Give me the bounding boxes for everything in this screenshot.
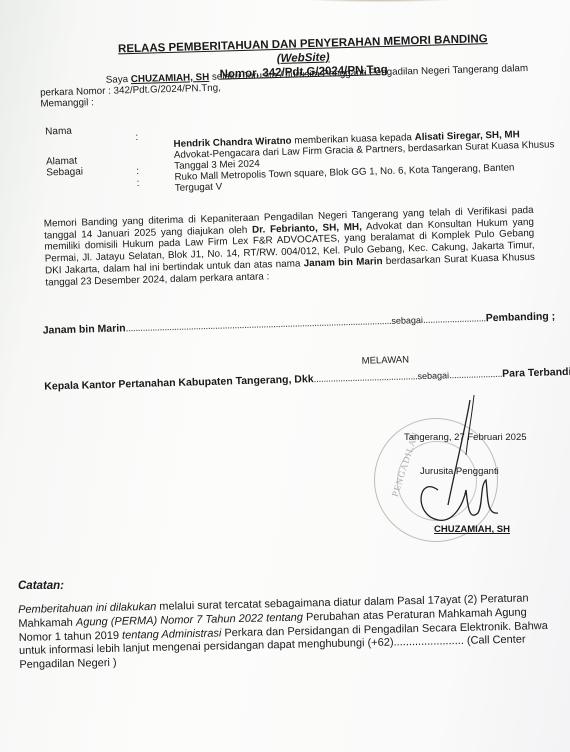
- note-title: Catatan:: [18, 580, 64, 592]
- alamat-colon: :: [136, 166, 139, 177]
- intro-prefix: Saya: [106, 74, 129, 86]
- nama-colon: :: [135, 132, 138, 143]
- respondent-name: Kepala Kantor Pertanahan Kabupaten Tange…: [44, 373, 314, 393]
- appellant-name: Janam bin Marin: [43, 322, 126, 336]
- appellant-name-inline: Janam bin Marin: [303, 256, 382, 269]
- case-line: perkara Nomor : 342/Pdt.G/2024/PN.Tng,: [40, 83, 221, 100]
- note-part: tentang Administrasi: [122, 627, 222, 641]
- dotted-leader: ......................: [449, 368, 503, 381]
- sebagai-text: sebagai: [391, 315, 423, 326]
- dotted-leader: ........................................…: [125, 315, 391, 334]
- memori-banding-paragraph: Memori Banding yang diterima di Kepanite…: [44, 205, 536, 289]
- appellant-row: Janam bin Marin.........................…: [43, 310, 556, 336]
- dotted-leader: ........................................…: [313, 370, 417, 385]
- sebagai-colon: :: [137, 178, 140, 189]
- sebagai-label: Sebagai: [46, 166, 83, 178]
- title-suffix: (WebSite): [277, 52, 330, 65]
- alamat-label: Alamat: [46, 156, 77, 168]
- note-body: Pemberitahuan ini dilakukan melalui sura…: [18, 592, 551, 673]
- appellant-role: Pembanding ;: [486, 310, 556, 324]
- dotted-leader: ..........................: [423, 312, 486, 326]
- respondent-row: Kepala Kantor Pertanahan Kabupaten Tange…: [44, 365, 570, 392]
- summon-label: Memanggil :: [40, 97, 94, 110]
- handwritten-signature: [408, 395, 528, 535]
- note-part: Pemberitahuan ini dilakukan: [18, 601, 156, 616]
- versus-label: MELAWAN: [362, 354, 410, 366]
- sebagai-text: sebagai: [417, 370, 449, 381]
- nama-label: Nama: [45, 126, 72, 138]
- sebagai-value: Tergugat V: [175, 182, 223, 195]
- respondent-role: Para Terbanding ;: [502, 365, 570, 379]
